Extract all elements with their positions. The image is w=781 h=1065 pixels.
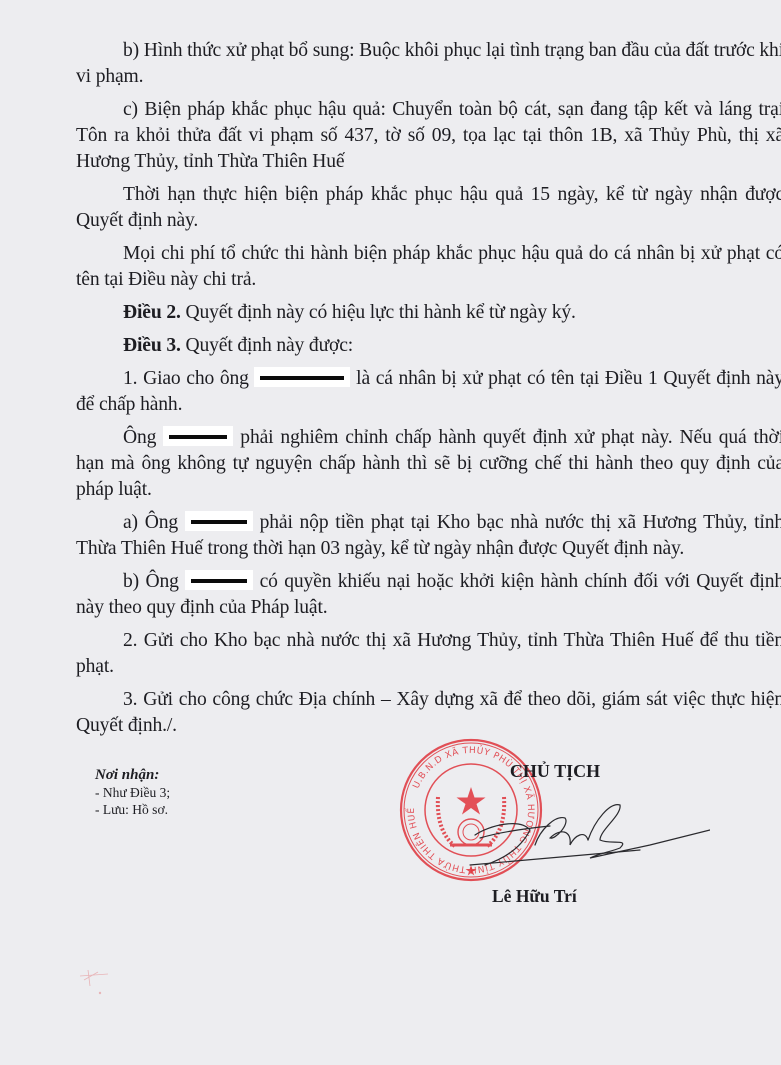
- redacted-name: [185, 511, 253, 531]
- signature-block: CHỦ TỊCH: [480, 760, 630, 782]
- document-body: b) Hình thức xử phạt bổ sung: Buộc khôi …: [76, 38, 781, 746]
- redacted-name: [185, 570, 253, 590]
- paragraph-item3: 3. Gửi cho công chức Địa chính – Xây dựn…: [76, 687, 781, 739]
- signer-title: CHỦ TỊCH: [480, 760, 630, 782]
- recipient-item: - Như Điều 3;: [95, 784, 170, 801]
- recipients-block: Nơi nhận: - Như Điều 3; - Lưu: Hồ sơ.: [95, 766, 170, 818]
- recipient-item: - Lưu: Hồ sơ.: [95, 801, 170, 818]
- recipients-title: Nơi nhận:: [95, 766, 170, 784]
- redacted-name: [163, 426, 233, 446]
- handwritten-signature-icon: [460, 790, 710, 880]
- paragraph-chiphi: Mọi chi phí tổ chức thi hành biện pháp k…: [76, 241, 781, 293]
- paragraph-dieu2: Điều 2. Quyết định này có hiệu lực thi h…: [76, 300, 781, 326]
- paragraph-item2: 2. Gửi cho Kho bạc nhà nước thị xã Hương…: [76, 628, 781, 680]
- ink-smudge-icon: [78, 968, 118, 998]
- paragraph-item1: 1. Giao cho ông là cá nhân bị xử phạt có…: [76, 366, 781, 418]
- paragraph-thoihan: Thời hạn thực hiện biện pháp khắc phục h…: [76, 182, 781, 234]
- document-page: b) Hình thức xử phạt bổ sung: Buộc khôi …: [0, 0, 781, 1065]
- paragraph-bienphap: c) Biện pháp khắc phục hậu quả: Chuyển t…: [76, 97, 781, 175]
- signer-name: Lê Hữu Trí: [492, 886, 577, 907]
- paragraph-item-a: a) Ông phải nộp tiền phạt tại Kho bạc nh…: [76, 510, 781, 562]
- redacted-name: [254, 367, 350, 387]
- paragraph-dieu3: Điều 3. Quyết định này được:: [76, 333, 781, 359]
- paragraph-item-b: b) Ông có quyền khiếu nại hoặc khởi kiện…: [76, 569, 781, 621]
- article-label: Điều 3.: [123, 335, 181, 356]
- article-label: Điều 2.: [123, 302, 181, 323]
- paragraph-bosung: b) Hình thức xử phạt bổ sung: Buộc khôi …: [76, 38, 781, 90]
- paragraph-ong: Ông phải nghiêm chỉnh chấp hành quyết đị…: [76, 425, 781, 503]
